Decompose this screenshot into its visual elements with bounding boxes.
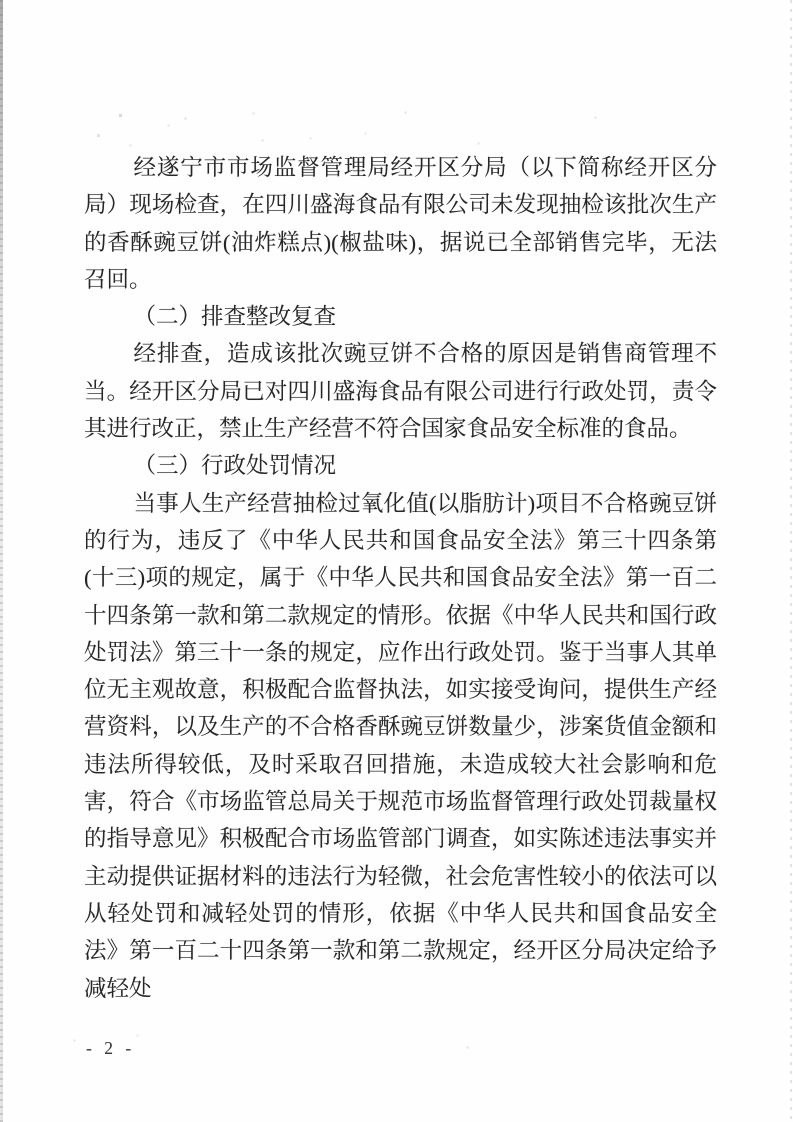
section-heading-3: （三）行政处罚情况: [84, 447, 717, 484]
page-number: - 2 -: [86, 1038, 135, 1059]
scan-right-edge-artifact: [790, 0, 792, 1122]
paragraph-penalty-details: 当事人生产经营抽检过氧化值(以脂肪计)项目不合格豌豆饼的行为，违反了《中华人民共…: [84, 485, 717, 1007]
paragraph-site-inspection: 经遂宁市市场监督管理局经开区分局（以下简称经开区分局）现场检查，在四川盛海食品有…: [84, 149, 717, 298]
scan-noise-speckles: [0, 0, 1, 1]
scan-left-edge-artifact: [0, 0, 3, 1122]
document-body: 经遂宁市市场监督管理局经开区分局（以下简称经开区分局）现场检查，在四川盛海食品有…: [84, 149, 717, 1007]
scanned-document-page: { "document": { "paragraphs": [ { "type"…: [0, 0, 793, 1122]
paragraph-rectification-review: 经排查，造成该批次豌豆饼不合格的原因是销售商管理不当。经开区分局已对四川盛海食品…: [84, 335, 717, 447]
section-heading-2: （二）排查整改复查: [84, 298, 717, 335]
